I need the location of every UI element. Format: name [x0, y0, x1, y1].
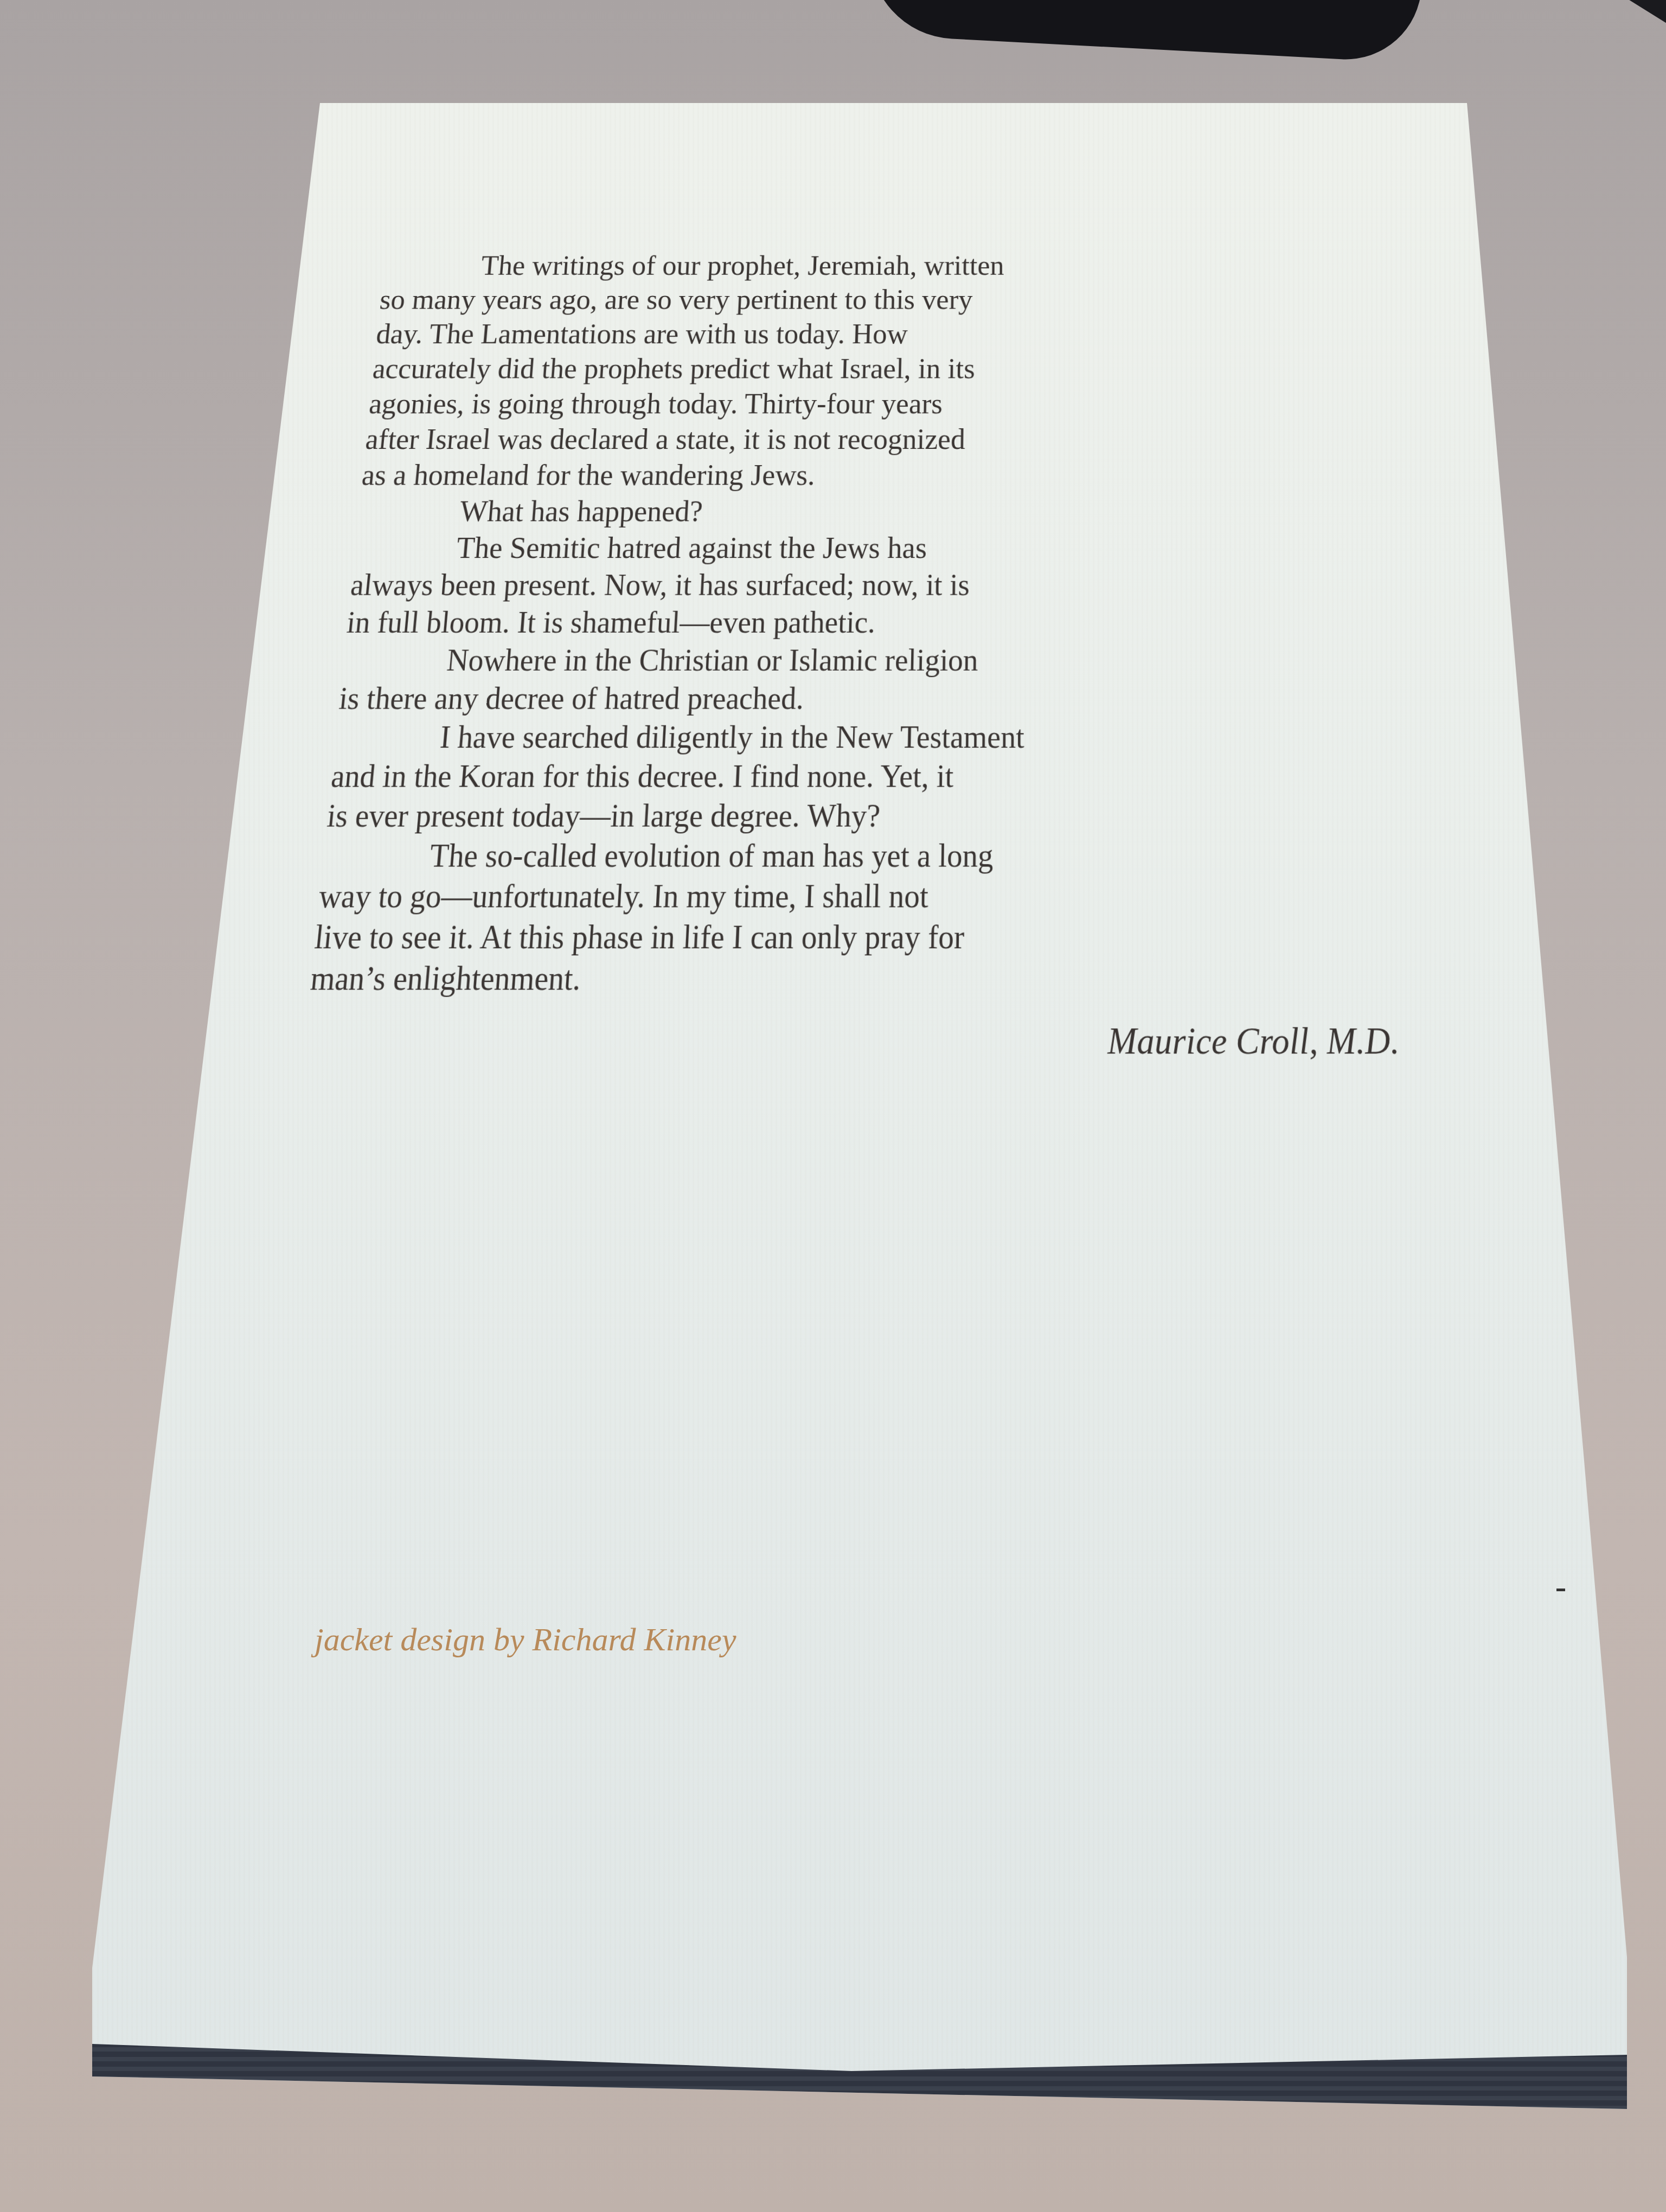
text-line: accurately did the prophets predict what…: [371, 352, 1368, 387]
author-signature: Maurice Croll, M.D.: [302, 1020, 1400, 1062]
paragraph-2: What has happened?: [356, 494, 1375, 530]
dark-object-top: [865, 0, 1424, 63]
text-line: live to see it. At this phase in life I …: [313, 917, 1395, 959]
dark-object-edge: [1558, 0, 1666, 41]
text-line: Nowhere in the Christian or Islamic reli…: [341, 642, 1382, 680]
text-line: way to go—unfortunately. In my time, I s…: [317, 877, 1393, 917]
text-line: is there any decree of hatred preached.: [337, 680, 1383, 718]
text-line: agonies, is going through today. Thirty-…: [368, 387, 1370, 422]
text-line: after Israel was declared a state, it is…: [364, 422, 1372, 458]
text-line: is ever present today—in large degree. W…: [325, 797, 1389, 837]
edge-mark: [1556, 1589, 1565, 1591]
text-line: so many years ago, are so very pertinent…: [378, 283, 1364, 317]
text-line: as a homeland for the wandering Jews.: [360, 458, 1373, 494]
text-line: and in the Koran for this decree. I find…: [329, 757, 1387, 797]
paragraph-1: The writings of our prophet, Jeremiah, w…: [360, 249, 1373, 494]
text-line: day. The Lamentations are with us today.…: [375, 317, 1366, 352]
text-line: in full bloom. It is shameful—even pathe…: [345, 605, 1380, 642]
paragraph-3: The Semitic hatred against the Jews has …: [345, 530, 1380, 642]
jacket-design-credit: jacket design by Richard Kinney: [315, 1621, 736, 1658]
text-line: man’s enlightenment.: [309, 959, 1397, 1000]
paragraph-6: The so-called evolution of man has yet a…: [309, 837, 1397, 1000]
text-line: always been present. Now, it has surface…: [349, 567, 1378, 605]
text-line: The so-called evolution of man has yet a…: [321, 837, 1391, 877]
text-line: The Semitic hatred against the Jews has: [353, 530, 1376, 567]
book-back-cover: The writings of our prophet, Jeremiah, w…: [92, 103, 1627, 2147]
paragraph-4: Nowhere in the Christian or Islamic reli…: [337, 642, 1383, 718]
text-line: The writings of our prophet, Jeremiah, w…: [382, 249, 1363, 283]
paragraph-5: I have searched diligently in the New Te…: [325, 718, 1389, 837]
blurb-text: The writings of our prophet, Jeremiah, w…: [302, 249, 1400, 1062]
text-line: What has happened?: [356, 494, 1375, 530]
text-line: I have searched diligently in the New Te…: [334, 718, 1386, 757]
